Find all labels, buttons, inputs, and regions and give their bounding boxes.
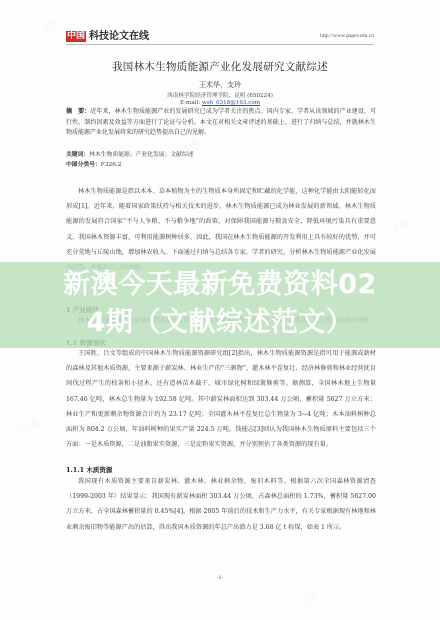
logo-text: 科技论文在线 (89, 31, 149, 43)
banner-line-1: 新澳今天最新免费资料02 (0, 266, 440, 304)
paper-email-line: E-mail: wsh_0318@163.com (0, 100, 440, 106)
section-heading-1-1-1: 1.1.1 木质资源 (66, 465, 112, 474)
watermark: 试读 (388, 216, 410, 237)
watermark: 试读 (298, 586, 320, 607)
keywords-label: 关键词： (66, 152, 89, 158)
abstract-label: 摘 要： (66, 108, 90, 115)
overlay-banner-text: 新澳今天最新免费资料02 4期（文献综述范文） (0, 262, 440, 342)
abstract: 摘 要：近年来，林木生物质能源产业的发展研究已成为学者关注的焦点。国内专家、学者… (66, 107, 376, 139)
clc-label: 中图分类号： (66, 162, 101, 168)
watermark: 试读 (38, 16, 60, 37)
paragraph-section111: 我国现有木质资源主要来自薪炭林、灌木林、林业剩余物、废旧木料等。根据第六次全国森… (66, 474, 376, 535)
watermark: 试读 (18, 416, 40, 437)
clc-value: F326.2 (101, 162, 122, 168)
paper-authors: 王术华，支玲 (0, 80, 440, 90)
keywords: 关键词：林木生物质能源；产业化发展；文献综述 (66, 149, 194, 158)
journal-url[interactable]: http://www.paper.edu.cn (320, 33, 374, 39)
logo-red-badge: 中国 (66, 31, 86, 42)
paper-affiliation: 西南林学院经济管理学院，昆明 (650224) (0, 91, 440, 99)
classification-number: 中图分类号：F326.2 (66, 159, 121, 168)
paragraph-section11: 王国胜、吕文等组成的中国林木生物质能源资源研究组[2]指出，林木生物质能源资源是… (66, 346, 376, 452)
journal-header: 中国 科技论文在线 http://www.paper.edu.cn (66, 30, 374, 45)
email-label: E-mail: (180, 100, 202, 106)
paper-title: 我国林木生物质能源产业化发展研究文献综述 (0, 59, 440, 74)
section111-paragraph-block: 我国现有木质资源主要来自薪炭林、灌木林、林业剩余物、废旧木料等。根据第六次全国森… (66, 474, 376, 535)
abstract-text: 近年来，林木生物质能源产业的发展研究已成为学者关注的焦点。国内专家、学者从该领域… (66, 108, 376, 136)
section11-paragraph-block: 王国胜、吕文等组成的中国林木生物质能源资源研究组[2]指出，林木生物质能源资源是… (66, 346, 376, 452)
banner-line-2: 4期（文献综述范文） (0, 304, 440, 342)
email-link[interactable]: wsh_0318@163.com (202, 100, 260, 106)
keywords-text: 林木生物质能源；产业化发展；文献综述 (89, 152, 193, 158)
journal-logo: 中国 科技论文在线 (66, 30, 149, 43)
page-number: -1- (0, 575, 440, 581)
